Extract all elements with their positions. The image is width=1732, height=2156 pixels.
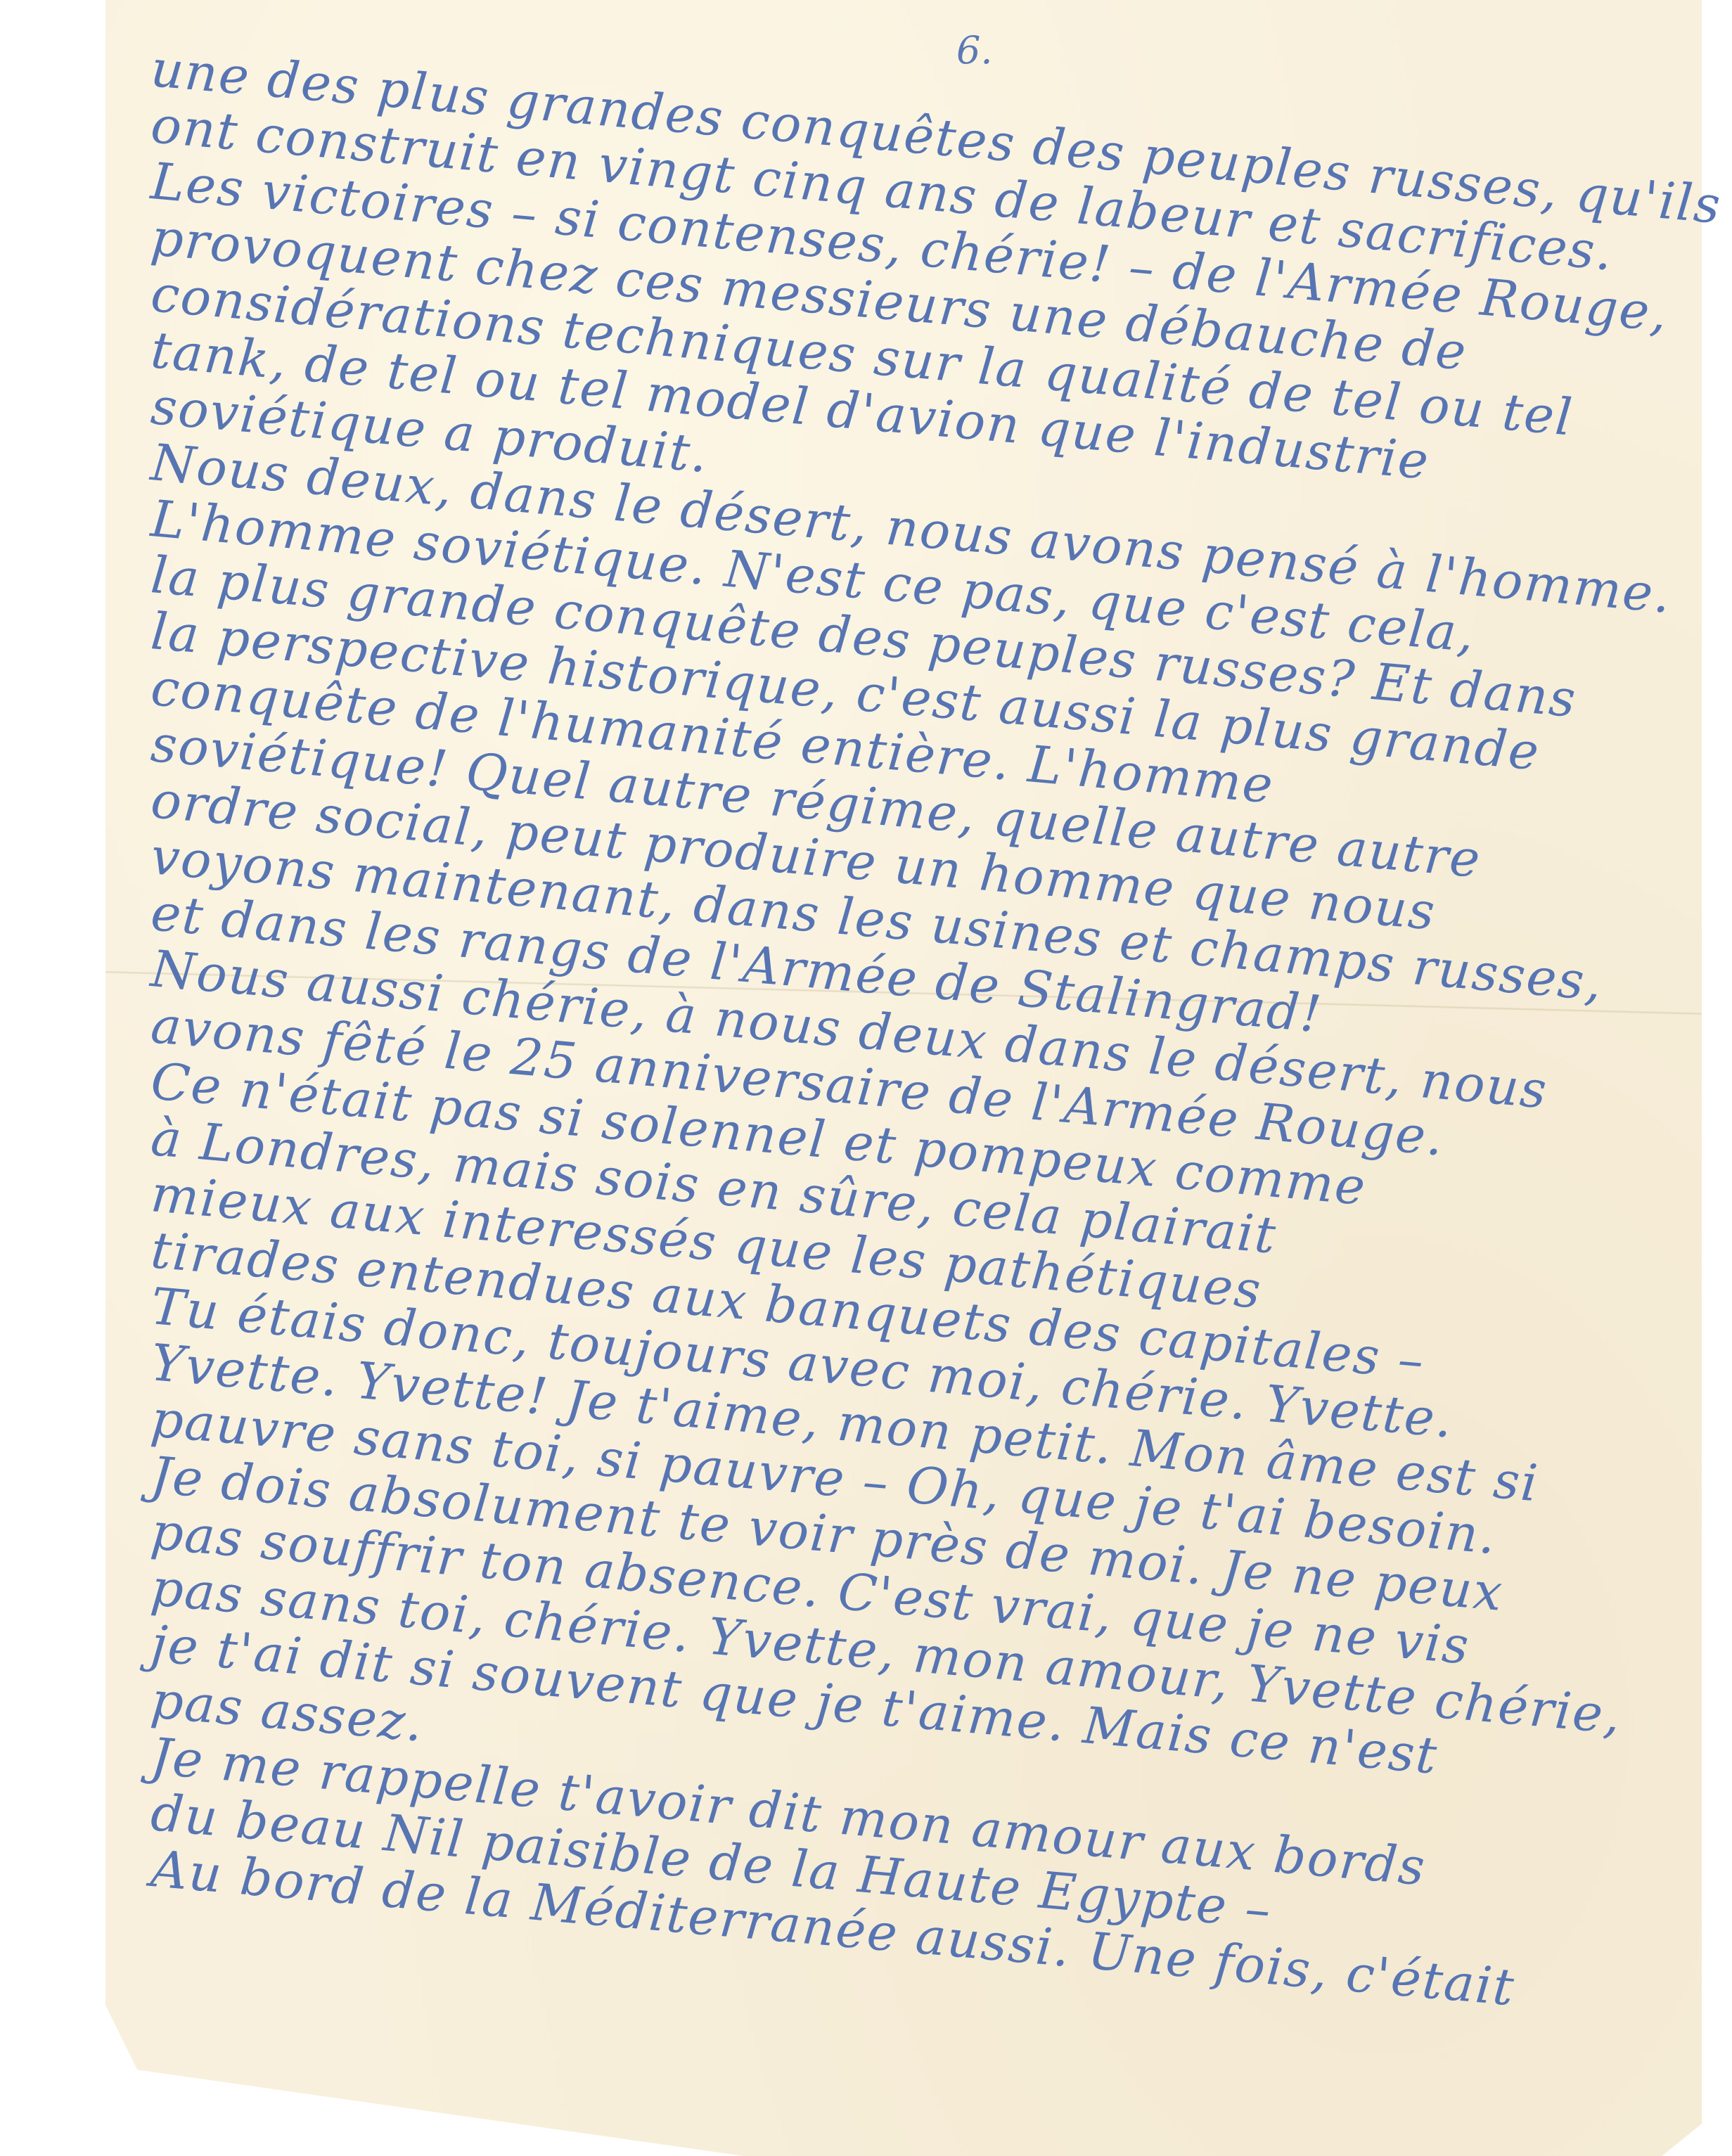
page-number: 6.	[956, 28, 993, 72]
